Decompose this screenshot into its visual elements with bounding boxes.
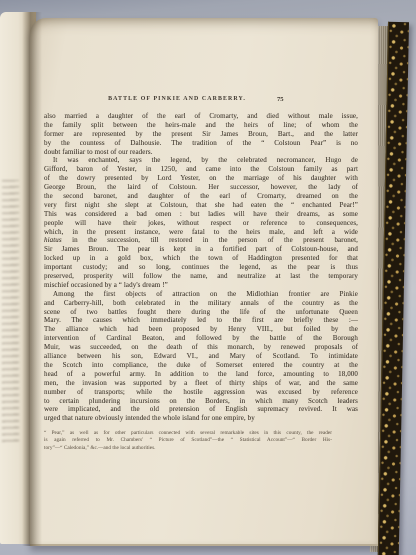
text-line: Mary. The causes which immediately led t… [44, 316, 358, 325]
text-line: important custody; and so long, continue… [44, 263, 358, 272]
text-line: Sir James Broun. The pear is kept in a f… [44, 245, 358, 254]
running-head-title: BATTLE OF PINKIE AND CARBERRY. [44, 96, 310, 102]
text-line: The alliance which had been proposed by … [44, 325, 358, 334]
text-line: This was considered a bad omen : but lad… [44, 210, 358, 219]
show-through-text [2, 180, 19, 442]
text-line: the Scotch into compliance, the duke of … [44, 361, 358, 370]
text-line: intervention of Cardinal Beaton, and fol… [44, 334, 358, 343]
text-line: urged that nature obviously intended the… [44, 414, 358, 423]
footnote-line: tory”—“ Caledonia,” &c.—and the local au… [44, 445, 332, 452]
text-line: Gifford, baron of Yester, in 1250, and c… [44, 165, 358, 174]
text-line: number of transports; while the hostile … [44, 388, 358, 397]
text-line: scene of two battles fought there during… [44, 308, 358, 317]
body-text: also married a daughter of the earl of C… [44, 112, 358, 423]
text-line: people will have their jokes, without re… [44, 219, 358, 228]
text-line: doubt familiar to most of our readers. [44, 148, 358, 157]
text-line: mischief occasioned by a “ lady's dream … [44, 281, 358, 290]
text-line: locked up in a gold box, which the town … [44, 254, 358, 263]
footnote-line: “ Pear,” as well as for other particular… [44, 430, 332, 437]
footnote-line: is again referred to Mr. Chambers' “ Pic… [44, 437, 332, 444]
text-line: hiatus in the succession, till restored … [44, 236, 358, 245]
text-line: and Carberry-hill, both celebrated in th… [44, 299, 358, 308]
book-page: BATTLE OF PINKIE AND CARBERRY. 75 also m… [30, 18, 378, 546]
text-line: were implicated, and the old pretension … [44, 405, 358, 414]
text-line: preserved, prosperity will follow the na… [44, 272, 358, 281]
text-line: Muir, was succeeded, on the death of thi… [44, 343, 358, 352]
text-block: BATTLE OF PINKIE AND CARBERRY. 75 also m… [44, 96, 358, 452]
text-line: by the countess of Dalhousie. The tradit… [44, 139, 358, 148]
text-line: It was enchanted, says the legend, by th… [44, 156, 358, 165]
text-line: George Broun, the laird of Colstoun. Her… [44, 183, 358, 192]
text-line: former are represented by the present Si… [44, 130, 358, 139]
page-number: 75 [277, 96, 284, 103]
text-line: which, in the present instance, were fat… [44, 228, 358, 237]
text-line: head of a powerful army. In addition to … [44, 370, 358, 379]
gutter-shadow [22, 12, 42, 546]
text-line: the family split between the heirs-male … [44, 121, 358, 130]
text-line: the second baronet, and daughter of the … [44, 192, 358, 201]
text-line: alliance between his son, Edward VI., an… [44, 352, 358, 361]
running-head: BATTLE OF PINKIE AND CARBERRY. 75 [44, 96, 358, 109]
text-line: also married a daughter of the earl of C… [44, 112, 358, 121]
text-line: to certain plundering incursions on the … [44, 397, 358, 406]
text-line: very first night she slept at Colstoun, … [44, 201, 358, 210]
text-line: Among the first objects of attraction on… [44, 290, 358, 299]
text-line: men, the invasion was supported by a fle… [44, 379, 358, 388]
footnote: “ Pear,” as well as for other particular… [44, 430, 332, 452]
text-line: of the dowry presented by Lord Yester, o… [44, 174, 358, 183]
